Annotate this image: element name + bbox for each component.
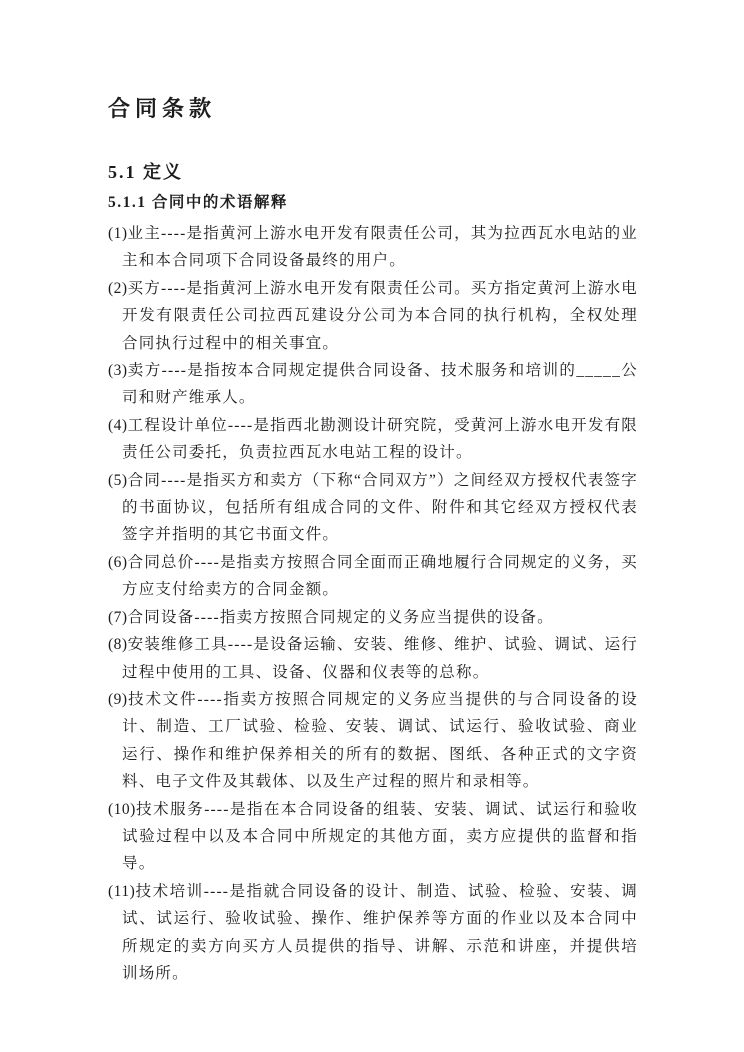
definition-item-4: (4)工程设计单位----是指西北勘测设计研究院，受黄河上游水电开发有限责任公司… <box>108 412 638 467</box>
item-number: (11) <box>108 883 135 900</box>
definition-item-2: (2)买方----是指黄河上游水电开发有限责任公司。买方指定黄河上游水电开发有限… <box>108 275 638 357</box>
definition-item-7: (7)合同设备----指卖方按照合同规定的义务应当提供的设备。 <box>108 604 638 631</box>
item-number: (2) <box>108 280 128 297</box>
item-number: (9) <box>108 691 128 708</box>
item-number: (5) <box>108 472 128 489</box>
definition-item-10: (10)技术服务----是指在本合同设备的组装、安装、调试、试运行和验收试验过程… <box>108 796 638 878</box>
item-text: 合同设备----指卖方按照合同规定的义务应当提供的设备。 <box>128 609 554 626</box>
item-number: (1) <box>108 225 128 242</box>
item-number: (4) <box>108 417 128 434</box>
item-text: 技术培训----是指就合同设备的设计、制造、试验、检验、安装、调试、试运行、验收… <box>122 883 638 982</box>
definition-item-5: (5)合同----是指买方和卖方（下称“合同双方”）之间经双方授权代表签字的书面… <box>108 467 638 549</box>
item-text: 工程设计单位----是指西北勘测设计研究院，受黄河上游水电开发有限责任公司委托，… <box>122 417 638 461</box>
subsection-heading-terms: 5.1.1 合同中的术语解释 <box>108 193 638 213</box>
item-number: (3) <box>108 362 128 379</box>
item-number: (8) <box>108 636 128 653</box>
document-content: 合同条款 5.1 定义 5.1.1 合同中的术语解释 (1)业主----是指黄河… <box>0 96 744 987</box>
item-text: 合同总价----是指卖方按照合同全面而正确地履行合同规定的义务，买方应支付给卖方… <box>122 554 638 598</box>
definition-item-9: (9)技术文件----指卖方按照合同规定的义务应当提供的与合同设备的设计、制造、… <box>108 686 638 796</box>
item-text: 合同----是指买方和卖方（下称“合同双方”）之间经双方授权代表签字的书面协议，… <box>122 472 638 544</box>
section-heading-definitions: 5.1 定义 <box>108 161 638 183</box>
item-number: (7) <box>108 609 128 626</box>
definition-item-8: (8)安装维修工具----是设备运输、安装、维修、维护、试验、调试、运行过程中使… <box>108 631 638 686</box>
definition-item-3: (3)卖方----是指按本合同规定提供合同设备、技术服务和培训的_____公司和… <box>108 357 638 412</box>
definition-item-1: (1)业主----是指黄河上游水电开发有限责任公司，其为拉西瓦水电站的业主和本合… <box>108 220 638 275</box>
definition-item-11: (11)技术培训----是指就合同设备的设计、制造、试验、检验、安装、调试、试运… <box>108 878 638 988</box>
item-text: 买方----是指黄河上游水电开发有限责任公司。买方指定黄河上游水电开发有限责任公… <box>122 280 638 352</box>
document-title: 合同条款 <box>108 96 638 122</box>
item-number: (10) <box>108 801 136 818</box>
item-text: 技术文件----指卖方按照合同规定的义务应当提供的与合同设备的设计、制造、工厂试… <box>122 691 638 790</box>
item-text: 业主----是指黄河上游水电开发有限责任公司，其为拉西瓦水电站的业主和本合同项下… <box>122 225 638 269</box>
item-text: 安装维修工具----是设备运输、安装、维修、维护、试验、调试、运行过程中使用的工… <box>122 636 638 680</box>
item-number: (6) <box>108 554 128 571</box>
item-text: 卖方----是指按本合同规定提供合同设备、技术服务和培训的_____公司和财产维… <box>122 362 638 406</box>
definition-item-6: (6)合同总价----是指卖方按照合同全面而正确地履行合同规定的义务，买方应支付… <box>108 549 638 604</box>
item-text: 技术服务----是指在本合同设备的组装、安装、调试、试运行和验收试验过程中以及本… <box>122 801 638 873</box>
document-page: 合同条款 5.1 定义 5.1.1 合同中的术语解释 (1)业主----是指黄河… <box>0 0 744 1052</box>
